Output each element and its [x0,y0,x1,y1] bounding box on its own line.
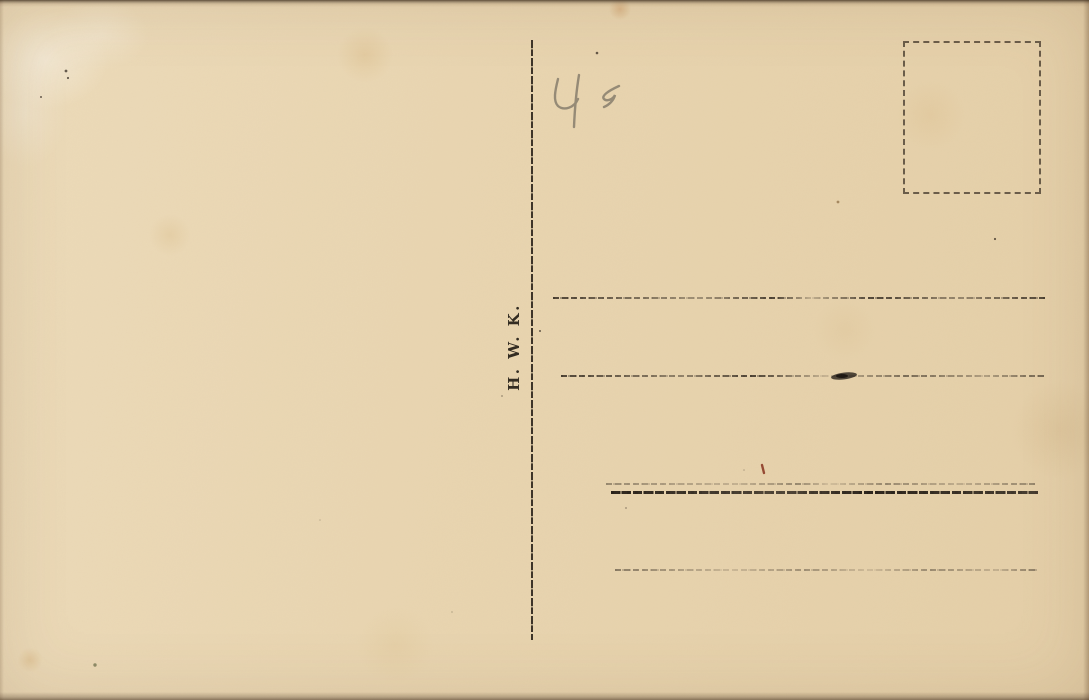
postcard-back: H. W. K. [0,0,1089,700]
address-line-1 [553,297,1047,299]
address-line-3-dark [611,491,1038,494]
address-line-4 [615,569,1038,571]
divider-rule [531,40,533,640]
stamp-box [903,41,1041,194]
handwritten-annotation [555,75,619,127]
red-fleck [762,465,764,473]
address-line-3-faint [606,483,1035,485]
paper-scuff [0,0,230,200]
publisher-mark: H. W. K. [505,303,523,391]
address-line-2 [561,375,1044,377]
